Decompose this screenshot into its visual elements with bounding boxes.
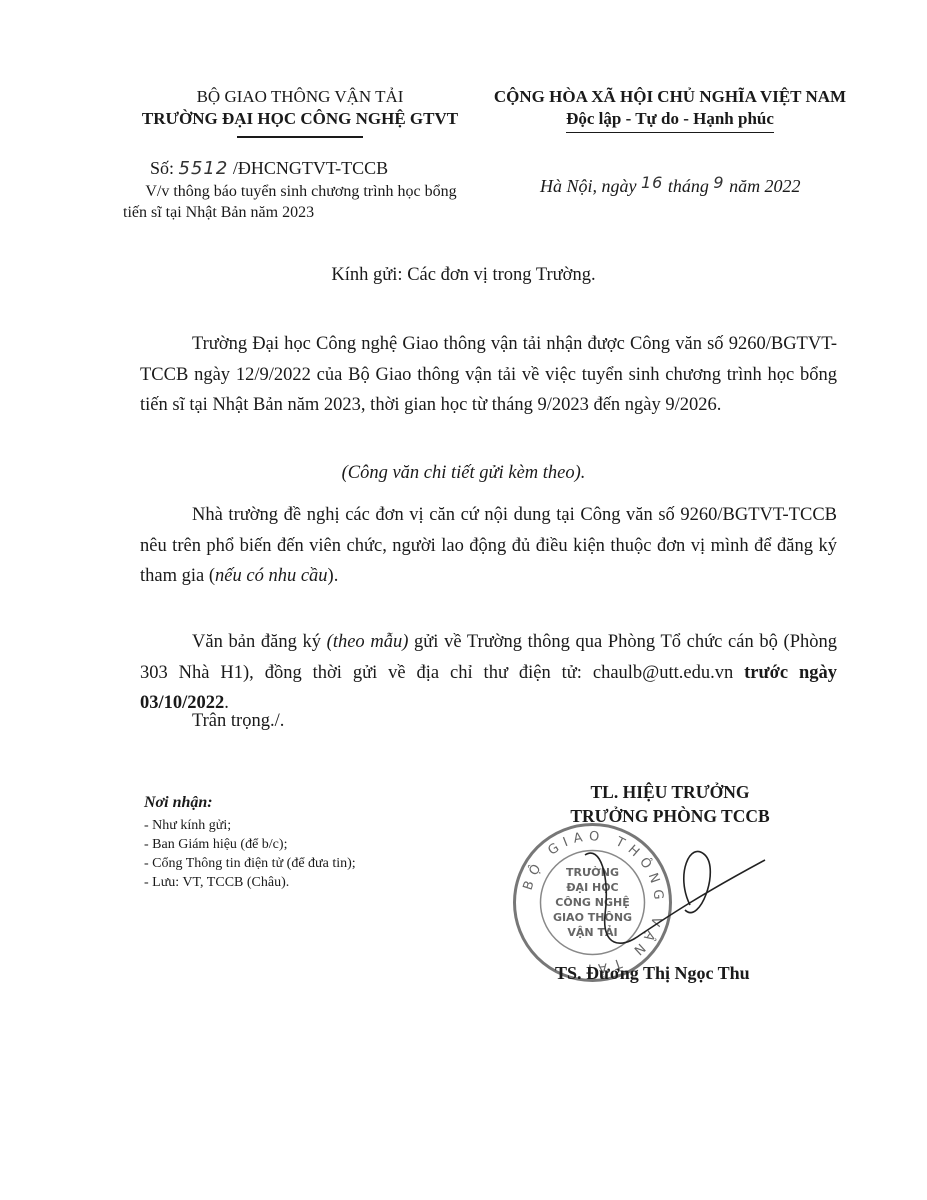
date-day: 16 — [641, 173, 663, 192]
paragraph-3-italic: (theo mẫu) — [327, 632, 409, 652]
paragraph-2-end: ). — [328, 566, 339, 586]
doc-no-suffix: /ĐHCNGTVT-TCCB — [233, 158, 388, 178]
date-month-label: tháng — [668, 176, 709, 196]
signature-title-1: TL. HIỆU TRƯỞNG — [510, 780, 830, 804]
recipients-title: Nơi nhận: — [144, 790, 356, 816]
school-name: TRƯỜNG ĐẠI HỌC CÔNG NGHỆ GTVT — [120, 108, 480, 130]
paragraph-2-italic: nếu có nhu cầu — [215, 566, 328, 586]
republic-name: CỘNG HÒA XÃ HỘI CHỦ NGHĨA VIỆT NAM — [480, 86, 860, 108]
list-item: - Như kính gửi; — [144, 816, 356, 835]
signature-block: TL. HIỆU TRƯỞNG TRƯỞNG PHÒNG TCCB — [510, 780, 830, 828]
date-month: 9 — [713, 173, 724, 192]
paragraph-2: Nhà trường đề nghị các đơn vị căn cứ nội… — [140, 500, 837, 592]
recipients-list: Nơi nhận: - Như kính gửi; - Ban Giám hiệ… — [144, 790, 356, 892]
deadline-end: . — [224, 693, 229, 713]
subject-line-2: tiến sĩ tại Nhật Bản năm 2023 — [121, 202, 481, 223]
list-item: - Ban Giám hiệu (để b/c); — [144, 835, 356, 854]
paragraph-3-text-a: Văn bản đăng ký — [192, 632, 327, 652]
signature-scribble-icon — [580, 835, 770, 965]
date-year: năm 2022 — [729, 176, 801, 196]
national-motto: Độc lập - Tự do - Hạnh phúc — [566, 108, 774, 133]
paragraph-3: Văn bản đăng ký (theo mẫu) gửi về Trường… — [140, 627, 837, 719]
date-prefix: Hà Nội, ngày — [540, 176, 637, 196]
signature-title-2: TRƯỞNG PHÒNG TCCB — [510, 804, 830, 828]
header-divider — [237, 136, 363, 138]
doc-no-handwritten: 5512 — [179, 158, 229, 179]
subject-line-1: V/v thông báo tuyển sinh chương trình họ… — [121, 181, 481, 202]
list-item: - Cổng Thông tin điện tử (để đưa tin); — [144, 854, 356, 873]
signer-name: TS. Đương Thị Ngọc Thu — [555, 963, 750, 984]
list-item: - Lưu: VT, TCCB (Châu). — [144, 873, 356, 892]
paragraph-1: Trường Đại học Công nghệ Giao thông vận … — [140, 329, 837, 421]
attached-note: (Công văn chi tiết gửi kèm theo). — [0, 463, 927, 484]
document-subject: V/v thông báo tuyển sinh chương trình họ… — [121, 181, 481, 223]
contact-email[interactable]: chaulb@utt.edu.vn — [593, 663, 733, 683]
issue-date: Hà Nội, ngày 16 tháng 9 năm 2022 — [540, 176, 801, 197]
closing: Trân trọng./. — [192, 711, 284, 732]
handwritten-signature — [580, 835, 770, 965]
national-header: CỘNG HÒA XÃ HỘI CHỦ NGHĨA VIỆT NAM Độc l… — [480, 86, 860, 133]
document-number: Số: 5512 /ĐHCNGTVT-TCCB — [150, 158, 388, 179]
doc-no-prefix: Số: — [150, 158, 174, 178]
issuer-header: BỘ GIAO THÔNG VẬN TẢI TRƯỜNG ĐẠI HỌC CÔN… — [120, 86, 480, 138]
ministry-name: BỘ GIAO THÔNG VẬN TẢI — [120, 86, 480, 108]
salutation: Kính gửi: Các đơn vị trong Trường. — [0, 265, 927, 286]
